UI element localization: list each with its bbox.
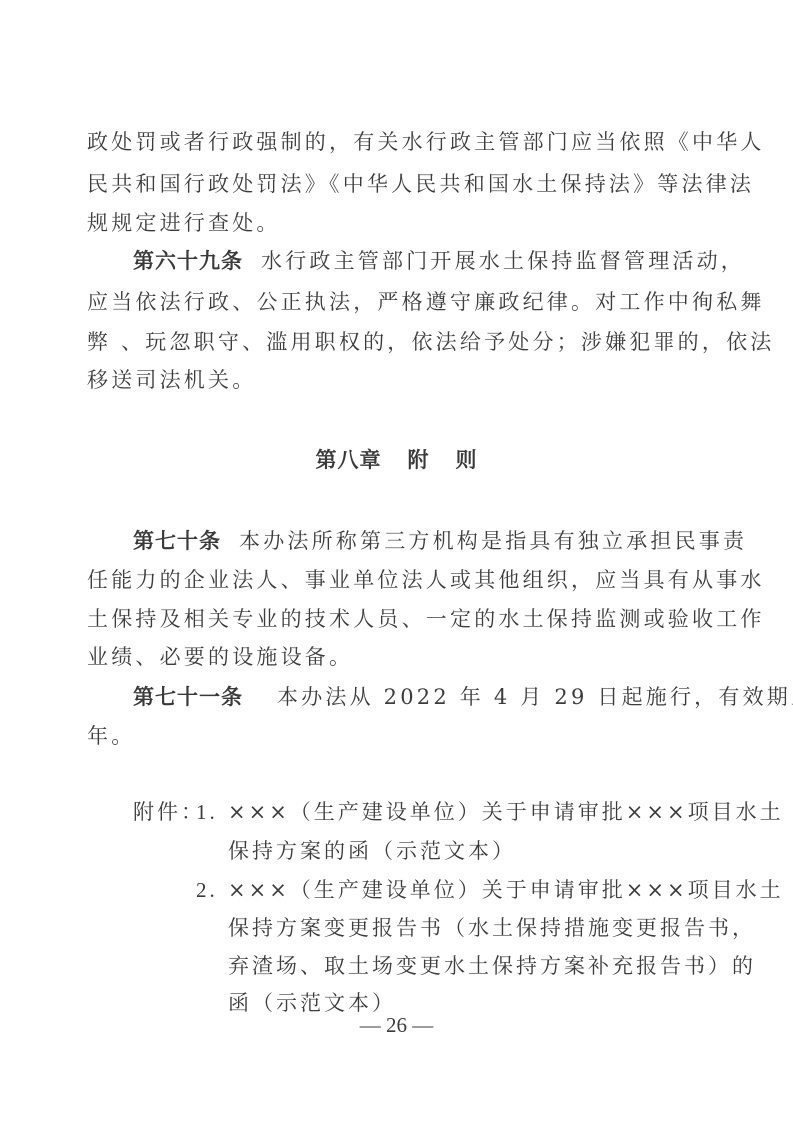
text-line: 任能力的企业法人、事业单位法人或其他组织，应当具有从事水: [87, 566, 765, 594]
article-70-heading: 第七十条: [133, 529, 221, 553]
text-line: 土保持及相关专业的技术人员、一定的水土保持监测或验收工作: [87, 605, 765, 633]
text-line: 政处罚或者行政强制的，有关水行政主管部门应当依照《中华人: [87, 128, 765, 156]
chapter-title: 则: [456, 448, 478, 472]
text-line: 年。: [87, 722, 135, 750]
chapter-number: 第八章: [316, 448, 382, 472]
article-69-heading: 第六十九条: [133, 249, 243, 273]
attachment-1-line: 保持方案的函（示范文本）: [228, 837, 516, 865]
text-line: 本办法所称第三方机构是指具有独立承担民事责: [239, 529, 747, 553]
chapter-title: 附: [408, 448, 430, 472]
text-line: 民共和国行政处罚法》《中华人民共和国水土保持法》等法律法: [87, 170, 754, 198]
attachment-2-number: 2.: [196, 876, 218, 904]
article-70-first-line: 第七十条本办法所称第三方机构是指具有独立承担民事责: [133, 527, 747, 555]
text-line: 弊 、玩忽职守、滥用职权的，依法给予处分；涉嫌犯罪的，依法: [87, 328, 774, 356]
attachment-1-line: ×××（生产建设单位）关于申请审批×××项目水土: [228, 798, 784, 826]
attachment-2-line: 保持方案变更报告书（水土保持措施变更报告书，: [228, 914, 756, 942]
attachment-2-line: 弃渣场、取土场变更水土保持方案补充报告书）的: [228, 952, 756, 980]
article-69-first-line: 第六十九条水行政主管部门开展水土保持监督管理活动，: [133, 247, 745, 275]
chapter-heading: 第八章附则: [0, 446, 793, 474]
text-line: 本办法从 2022 年 4 月 29 日起施行，有效期五: [277, 685, 793, 709]
text-line: 业绩、必要的设施设备。: [87, 643, 353, 671]
text-line: 应当依法行政、公正执法，严格遵守廉政纪律。对工作中徇私舞: [87, 288, 765, 316]
attachments-label: 附件：: [133, 798, 205, 826]
article-71-first-line: 第七十一条本办法从 2022 年 4 月 29 日起施行，有效期五: [133, 683, 793, 711]
text-line: 水行政主管部门开展水土保持监督管理活动，: [261, 249, 745, 273]
attachment-2-line: ×××（生产建设单位）关于申请审批×××项目水土: [228, 876, 784, 904]
text-line: 规规定进行查处。: [87, 209, 281, 237]
page-number: — 26 —: [0, 1013, 793, 1038]
text-line: 移送司法机关。: [87, 366, 256, 394]
article-71-heading: 第七十一条: [133, 685, 243, 709]
attachment-1-number: 1.: [196, 798, 218, 826]
